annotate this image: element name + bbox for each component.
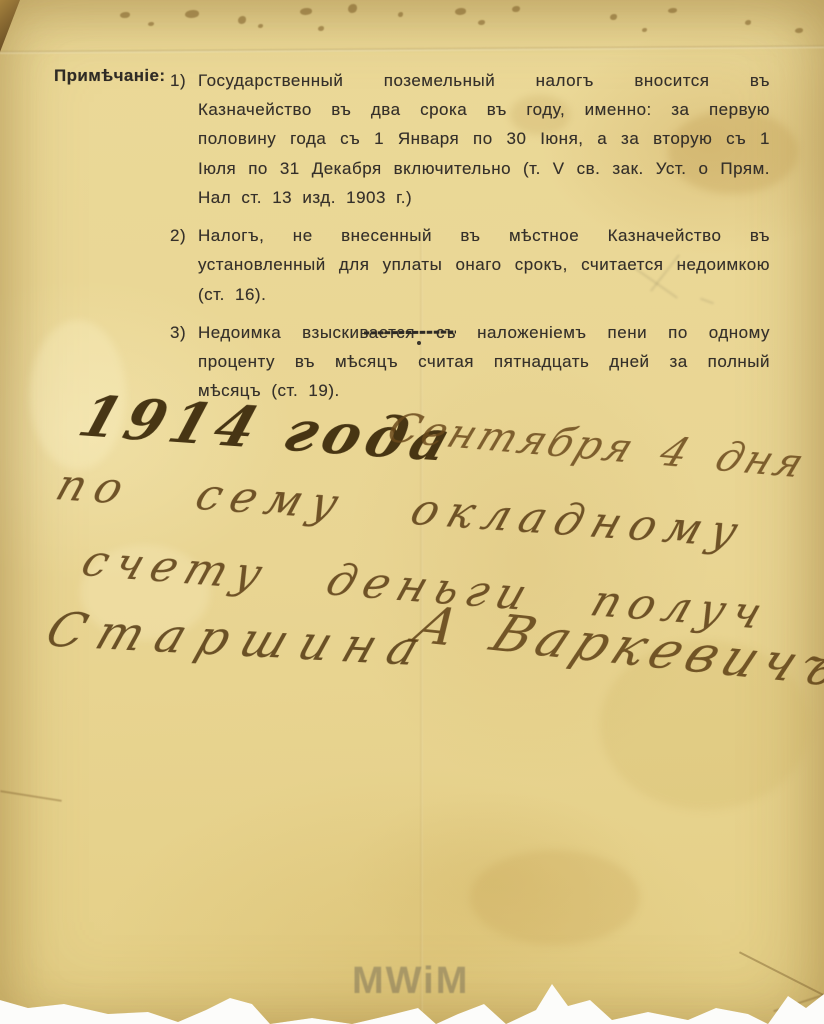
handwritten-date: Сентября 4 дня	[381, 406, 813, 487]
note-number: 1)	[170, 66, 192, 212]
note-text: Недоимка взыскивается съ наложеніемъ пен…	[198, 318, 770, 406]
fold-crease-left-edge	[0, 790, 62, 802]
stain-blotch	[470, 850, 640, 945]
fold-crease-top	[0, 45, 824, 54]
printed-notes: 1) Государственный поземельный налогъ вн…	[170, 66, 770, 415]
note-label: Примѣчаніе:	[54, 66, 165, 86]
stain	[795, 28, 803, 33]
note-text: Государственный поземельный налогъ вноси…	[198, 66, 770, 212]
crack-bottom-right-2	[773, 990, 824, 1012]
stain	[610, 14, 617, 20]
note-item-1: 1) Государственный поземельный налогъ вн…	[170, 66, 770, 212]
stain	[185, 10, 199, 18]
stain	[512, 6, 520, 12]
stain	[398, 12, 403, 17]
stain	[148, 22, 154, 26]
watermark: MWiM	[352, 960, 469, 1003]
note-number: 2)	[170, 221, 192, 309]
scanned-document: Примѣчаніе: 1) Государственный поземельн…	[0, 0, 824, 1024]
stain	[238, 16, 246, 24]
stain	[120, 12, 130, 18]
crack-bottom-right-1	[739, 951, 824, 1006]
stain	[318, 26, 324, 31]
separator-dot	[417, 341, 421, 345]
note-item-2: 2) Налогъ, не внесенный въ мѣстное Казна…	[170, 221, 770, 309]
handwritten-title: Старшина	[39, 602, 440, 677]
paper-sheet: Примѣчаніе: 1) Государственный поземельн…	[0, 0, 824, 1024]
stain	[668, 8, 677, 13]
stain	[478, 20, 485, 25]
stain	[300, 8, 312, 15]
note-text: Налогъ, не внесенный въ мѣстное Казначей…	[198, 221, 770, 309]
stain	[258, 24, 263, 28]
stain	[455, 8, 466, 15]
stain	[745, 20, 751, 25]
stain	[348, 4, 357, 13]
stain	[642, 28, 647, 32]
note-item-3: 3) Недоимка взыскивается съ наложеніемъ …	[170, 318, 770, 406]
